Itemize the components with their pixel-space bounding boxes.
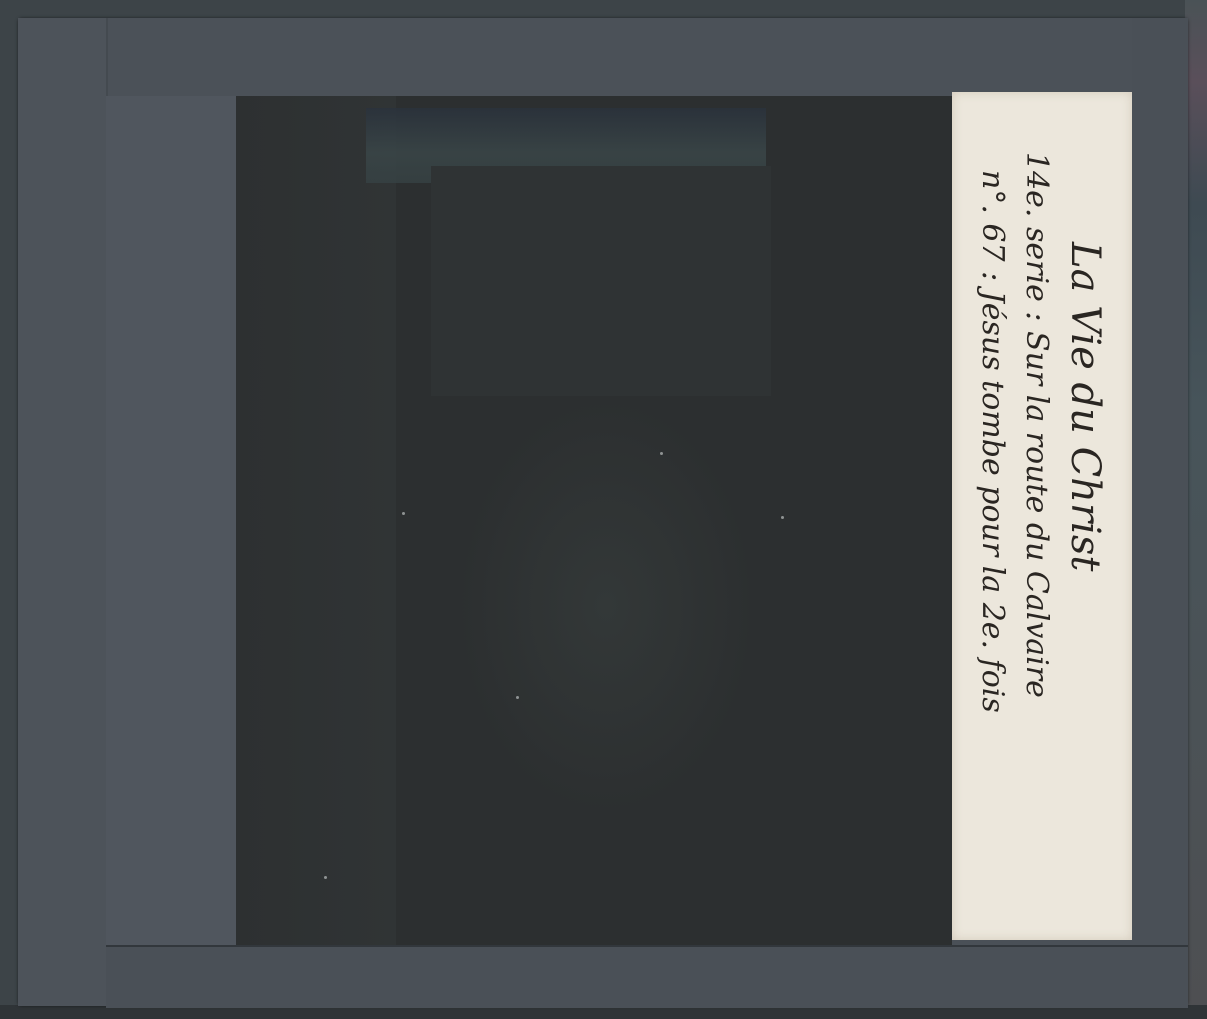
image-building [431, 166, 771, 396]
label-caption: n°. 67 : Jésus tombe pour la 2e. fois [975, 170, 1010, 713]
label-series: 14e. serie : Sur la route du Calvaire [1019, 152, 1054, 698]
dust-speck [402, 512, 405, 515]
dust-speck [660, 452, 663, 455]
slide-image [236, 96, 952, 945]
image-wall [236, 96, 396, 945]
binding-tape-right [1132, 18, 1188, 1006]
dust-speck [324, 876, 327, 879]
label-text-block: La Vie du Christ 14e. serie : Sur la rou… [952, 92, 1132, 940]
dust-speck [781, 516, 784, 519]
paper-mask-left [106, 96, 236, 945]
binding-tape-top [18, 18, 1188, 96]
handwritten-label: La Vie du Christ 14e. serie : Sur la rou… [952, 92, 1132, 940]
binding-tape-left [18, 18, 108, 1006]
image-figure [456, 396, 756, 816]
binding-tape-bottom [106, 945, 1188, 1008]
dust-speck [516, 696, 519, 699]
backdrop-edge [1185, 0, 1207, 1019]
label-title: La Vie du Christ [1062, 242, 1108, 571]
